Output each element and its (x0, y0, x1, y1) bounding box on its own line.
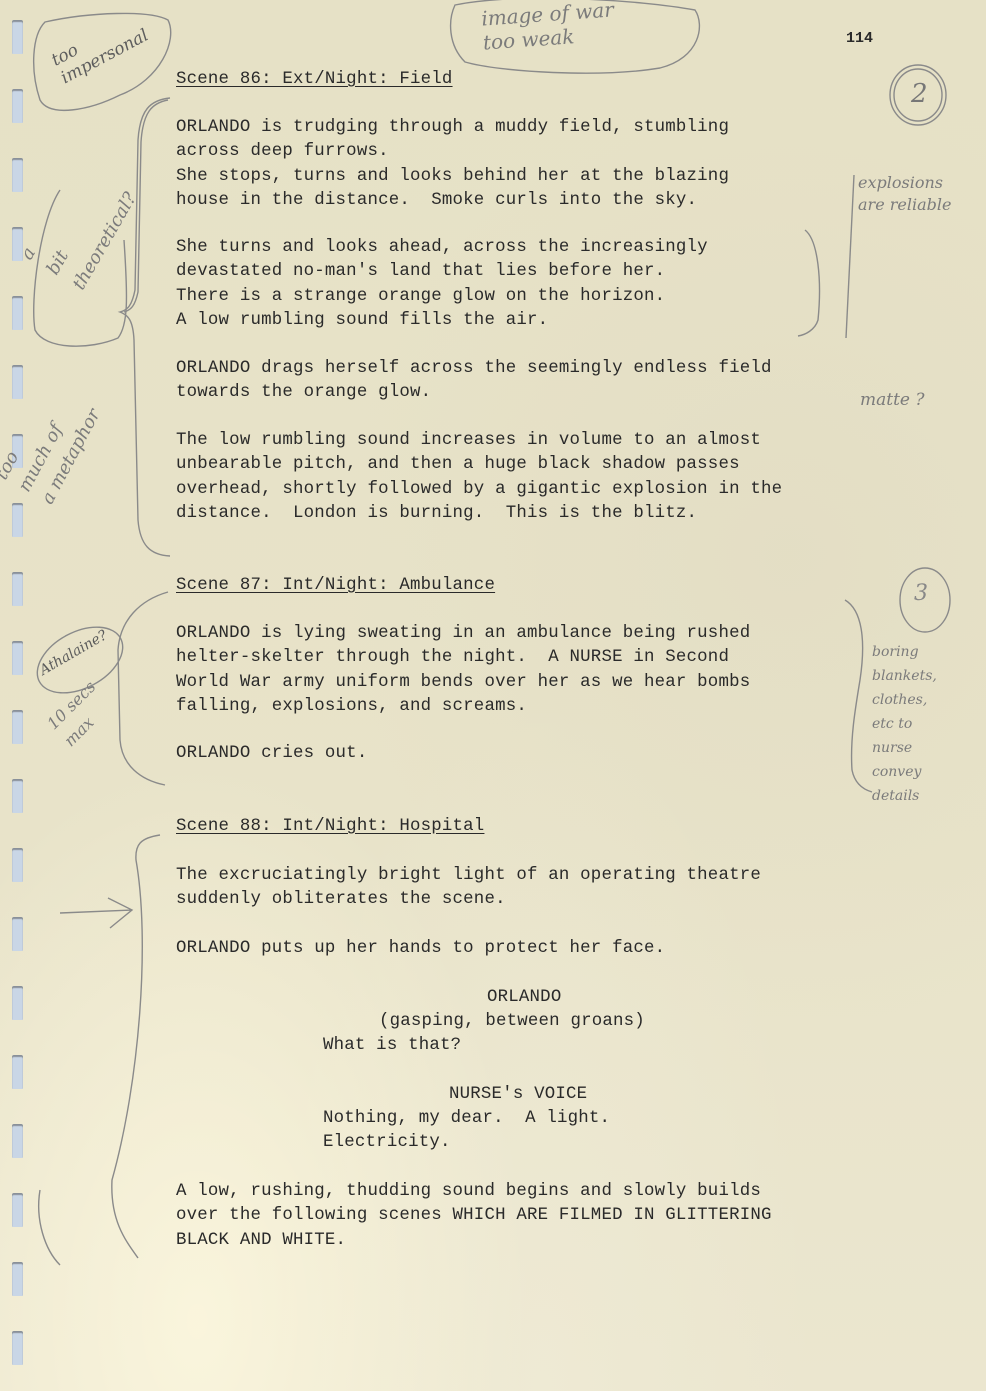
binding-hole (12, 89, 23, 123)
binding-hole (12, 503, 23, 537)
scene-86-paragraph-4: The low rumbling sound increases in volu… (176, 429, 782, 526)
left-brace-scene-88 (112, 835, 160, 1258)
left-brace-scene-86 (120, 98, 170, 556)
right-brace-scene-87 (845, 600, 872, 792)
dialogue-line-orlando: What is that? (323, 1034, 461, 1058)
left-brace-scene-87 (118, 592, 168, 785)
scene-heading-88: Scene 88: Int/Night: Hospital (176, 815, 484, 839)
annotation-too-impersonal: too impersonal (48, 8, 152, 88)
binding-hole (12, 158, 23, 192)
binding-hole (12, 1193, 23, 1227)
scene-88-closing-paragraph: A low, rushing, thudding sound begins an… (176, 1180, 772, 1253)
binding-hole (12, 710, 23, 744)
binding-hole (12, 917, 23, 951)
scene-86-paragraph-3: ORLANDO drags herself across the seeming… (176, 357, 772, 406)
scene-87-paragraph-2: ORLANDO cries out. (176, 742, 367, 766)
arrow-scene-88 (60, 898, 132, 928)
binding-hole (12, 572, 23, 606)
binding-hole (12, 296, 23, 330)
binding-hole (12, 848, 23, 882)
annotation-boring-details: boring blankets, clothes, etc to nurse c… (872, 640, 937, 808)
binding-holes (0, 0, 30, 1391)
annotation-image-of-war: image of war too weak (480, 0, 616, 55)
annotation-ten-secs: 10 secs max (42, 676, 119, 753)
scene-heading-86: Scene 86: Ext/Night: Field (176, 68, 453, 92)
right-bracket-scene-86 (798, 230, 819, 336)
dialogue-character-orlando: ORLANDO (487, 986, 561, 1010)
scene-88-paragraph-2: ORLANDO puts up her hands to protect her… (176, 937, 665, 961)
scene-86-paragraph-2: She turns and looks ahead, across the in… (176, 236, 708, 333)
annotation-athalaine: Athalaine? (37, 627, 110, 678)
circled-number-2: 2 (911, 82, 928, 106)
annotation-matte: matte ? (860, 390, 925, 410)
circled-number-3: 3 (914, 582, 928, 606)
scene-heading-87: Scene 87: Int/Night: Ambulance (176, 574, 495, 598)
binding-hole (12, 779, 23, 813)
binding-hole (12, 641, 23, 675)
binding-hole (12, 1124, 23, 1158)
dialogue-line-nurse: Nothing, my dear. A light. Electricity. (323, 1107, 610, 1156)
right-margin-line (846, 175, 854, 338)
page-number: 114 (846, 30, 873, 47)
binding-hole (12, 20, 23, 54)
binding-hole (12, 1055, 23, 1089)
annotation-explosions-reliable: explosions are reliable (858, 172, 951, 216)
binding-hole (12, 365, 23, 399)
dialogue-character-nurse: NURSE's VOICE (449, 1083, 587, 1107)
scene-88-paragraph-1: The excruciatingly bright light of an op… (176, 864, 761, 913)
binding-hole (12, 986, 23, 1020)
dialogue-parenthetical: (gasping, between groans) (379, 1010, 645, 1034)
binding-hole (12, 1331, 23, 1365)
binding-hole (12, 1262, 23, 1296)
annotation-a-bit-theoretical: a bit theoretical? (13, 157, 145, 296)
scene-86-paragraph-1: ORLANDO is trudging through a muddy fiel… (176, 116, 729, 213)
scene-87-paragraph-1: ORLANDO is lying sweating in an ambulanc… (176, 622, 750, 719)
